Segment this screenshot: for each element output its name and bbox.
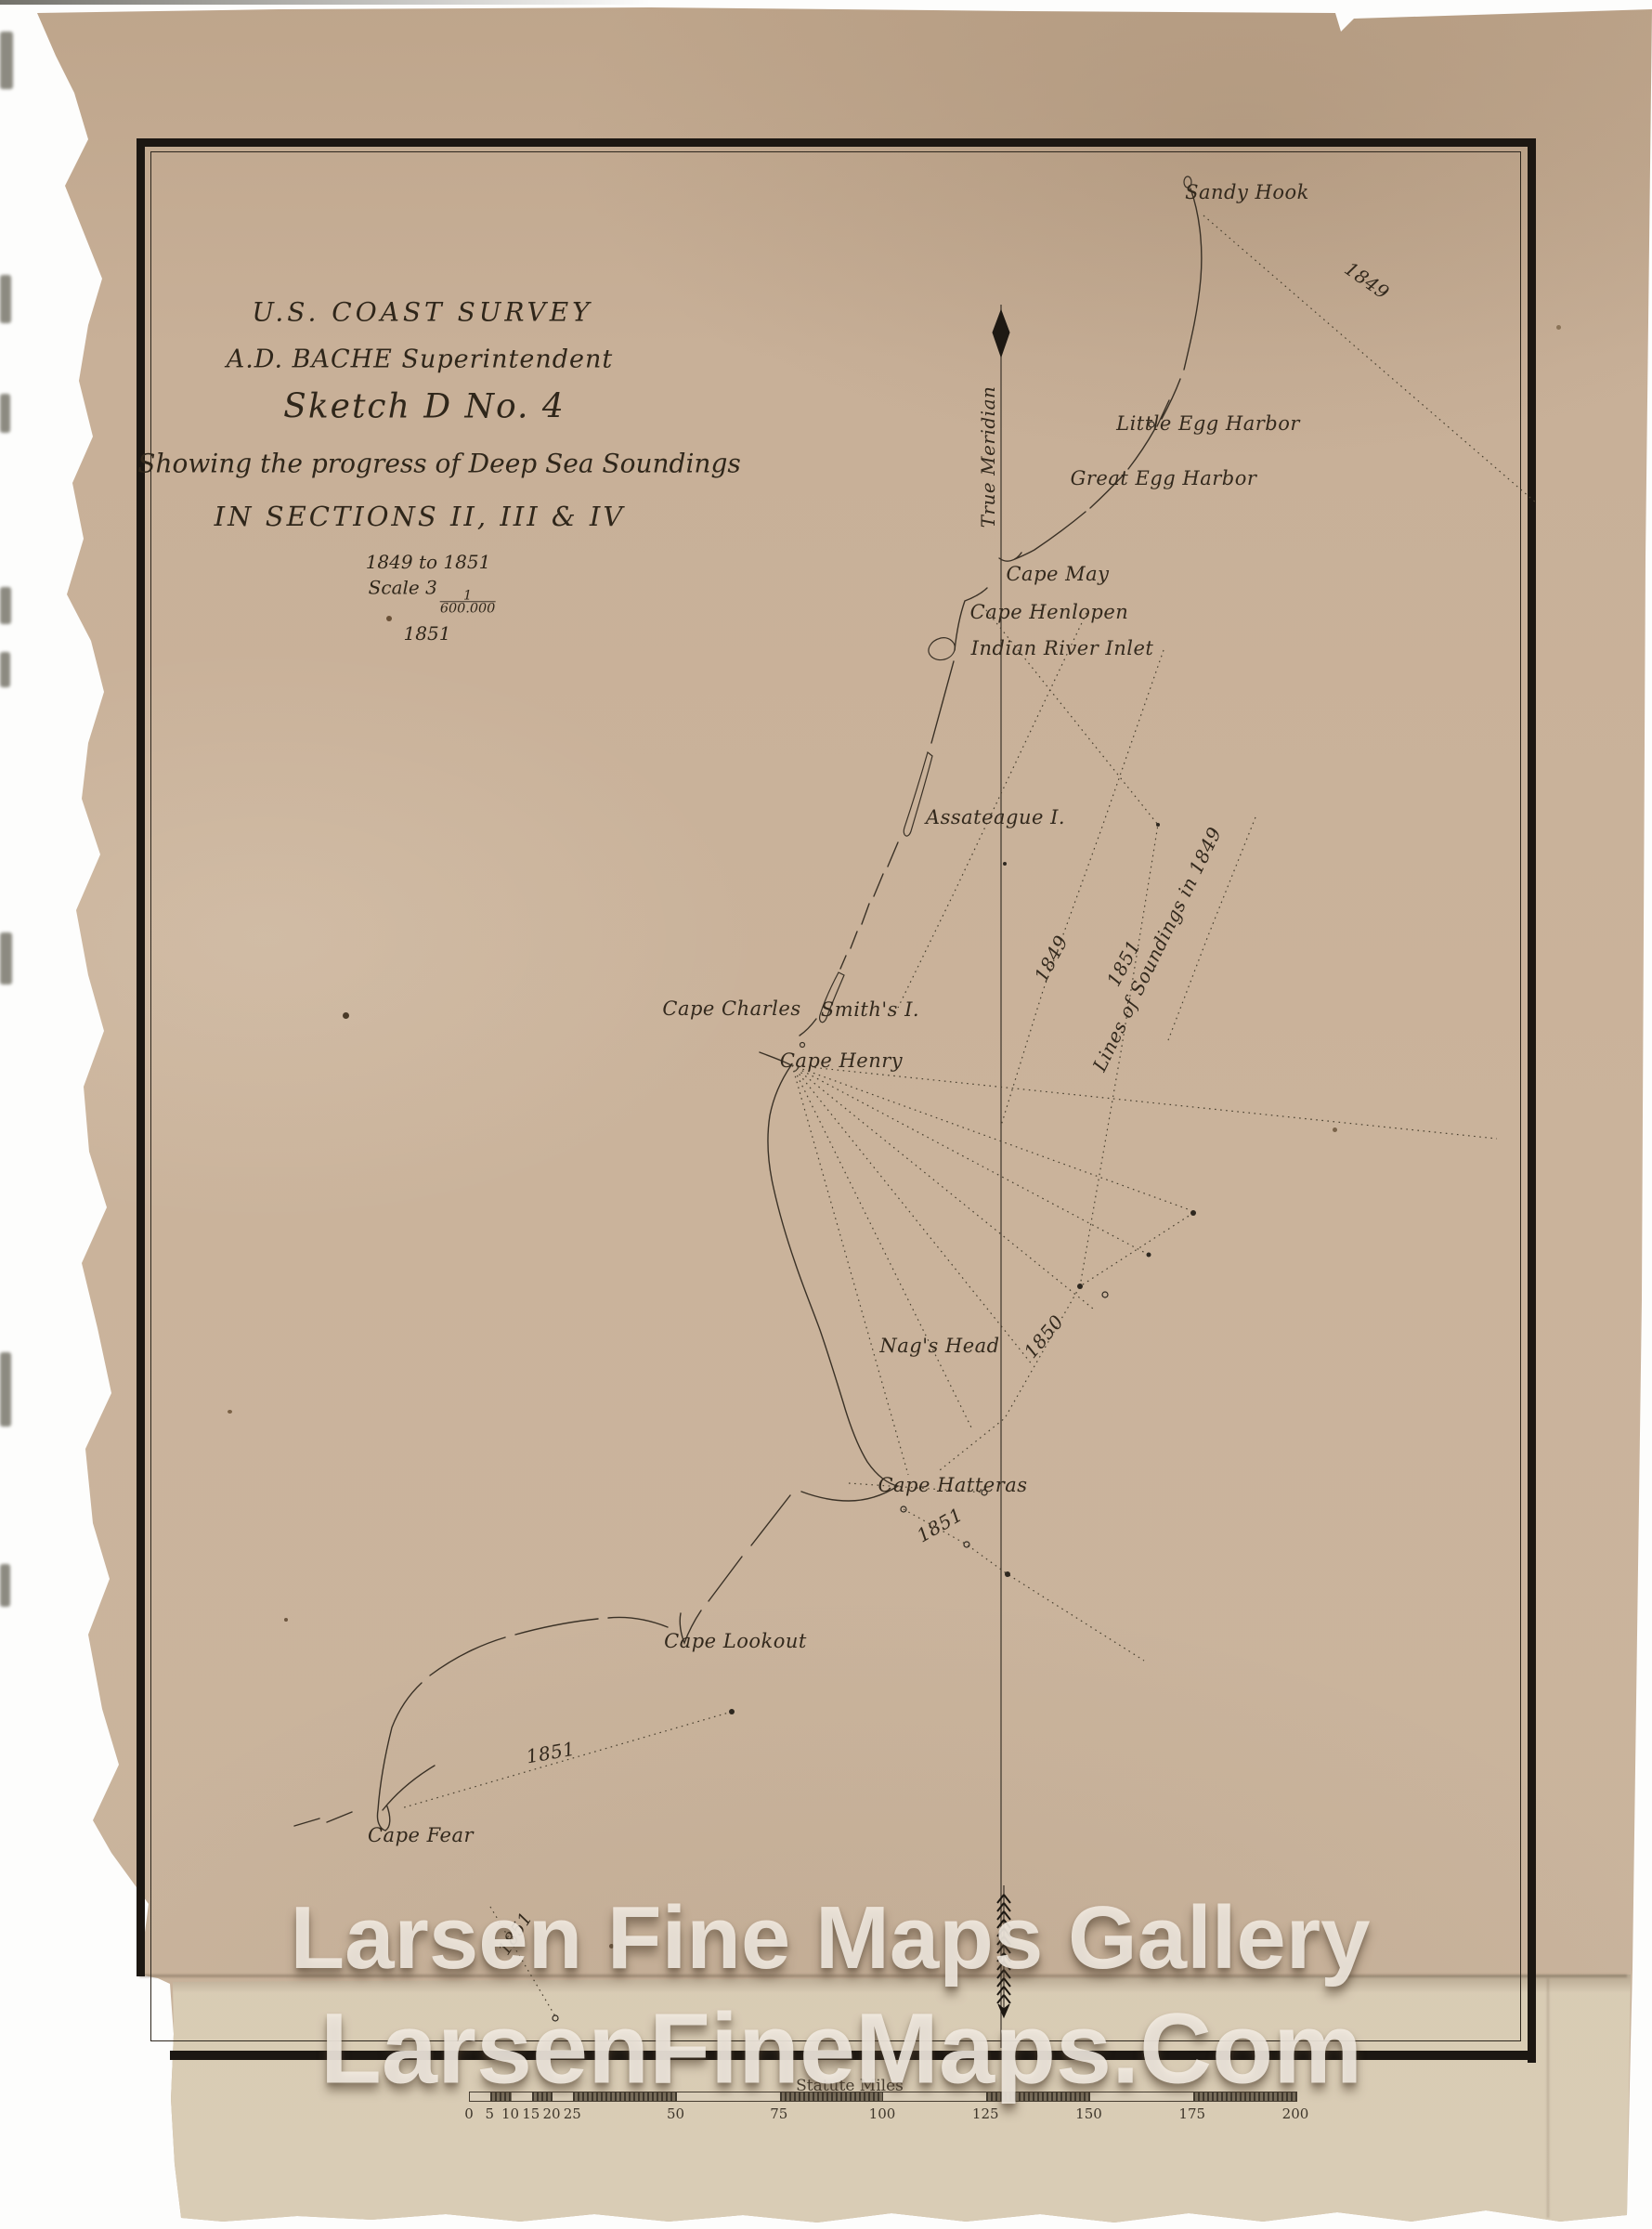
assateague-island-label: Assateague I. xyxy=(926,806,1065,828)
scalebar-tick-label: 125 xyxy=(972,2105,999,2122)
map-subtitle: Showing the progress of Deep Sea Soundin… xyxy=(137,449,740,479)
scalebar-tick-label: 100 xyxy=(869,2105,896,2122)
scale-statement: Scale 31600.000 xyxy=(369,576,496,614)
survey-years: 1849 to 1851 xyxy=(366,551,491,573)
little-egg-harbor-label: Little Egg Harbor xyxy=(1116,412,1300,435)
sketch-number: Sketch D No. 4 xyxy=(283,388,566,426)
cape-charles-label: Cape Charles xyxy=(662,997,800,1020)
cape-henry-label: Cape Henry xyxy=(780,1049,903,1072)
nags-head-label: Nag's Head xyxy=(879,1335,999,1357)
sounding-stations xyxy=(553,422,1196,2021)
scalebar-tick-labels: 05101520255075100125150175200 xyxy=(469,2105,1295,2124)
scalebar-tick-label: 25 xyxy=(564,2105,581,2122)
foxing-speck xyxy=(284,1618,288,1622)
scalebar-tick-label: 75 xyxy=(770,2105,787,2122)
scalebar-tick-label: 150 xyxy=(1075,2105,1102,2122)
cape-fear-label: Cape Fear xyxy=(368,1824,474,1846)
publication-date: 1851 xyxy=(404,622,451,645)
scalebar-tick-label: 175 xyxy=(1178,2105,1205,2122)
foxing-speck xyxy=(1333,1128,1337,1132)
gallery-watermark-line1: Larsen Fine Maps Gallery xyxy=(290,1887,1370,1989)
meridian-north-ornament xyxy=(993,310,1009,357)
scalebar-tick-label: 10 xyxy=(501,2105,519,2122)
cape-lookout-label: Cape Lookout xyxy=(664,1630,807,1652)
scalebar-tick-label: 200 xyxy=(1282,2105,1309,2122)
scale-numerator: 1 xyxy=(463,590,472,601)
scale-prefix: Scale 3 xyxy=(369,576,437,598)
scalebar-tick-label: 15 xyxy=(522,2105,540,2122)
scalebar-tick-label: 20 xyxy=(542,2105,560,2122)
foxing-speck xyxy=(386,616,392,621)
foxing-speck xyxy=(1556,325,1561,330)
true-meridian-label: True Meridian xyxy=(977,386,999,528)
scalebar-tick-label: 50 xyxy=(667,2105,684,2122)
foxing-speck xyxy=(343,1012,349,1019)
scanned-map-photo: U.S. COAST SURVEY A.D. BACHE Superintend… xyxy=(0,0,1652,2229)
great-egg-harbor-label: Great Egg Harbor xyxy=(1071,467,1257,489)
scale-fraction: 1600.000 xyxy=(440,590,496,614)
map-title: U.S. COAST SURVEY xyxy=(252,297,592,328)
cape-may-label: Cape May xyxy=(1006,563,1109,585)
cape-henlopen-label: Cape Henlopen xyxy=(970,601,1129,623)
indian-river-inlet-label: Indian River Inlet xyxy=(971,637,1154,659)
gallery-watermark-line2: LarsenFineMaps.Com xyxy=(320,1990,1362,2106)
foxing-speck xyxy=(228,1410,232,1414)
sandy-hook-label: Sandy Hook xyxy=(1185,181,1309,203)
cape-hatteras-label: Cape Hatteras xyxy=(878,1474,1027,1496)
sections-line: IN SECTIONS II, III & IV xyxy=(215,501,626,532)
scale-denominator: 600.000 xyxy=(440,602,496,615)
smiths-island-label: Smith's I. xyxy=(821,998,919,1021)
scalebar-tick-label: 5 xyxy=(485,2105,494,2122)
superintendent-line: A.D. BACHE Superintendent xyxy=(227,345,614,374)
scalebar-tick-label: 0 xyxy=(464,2105,474,2122)
